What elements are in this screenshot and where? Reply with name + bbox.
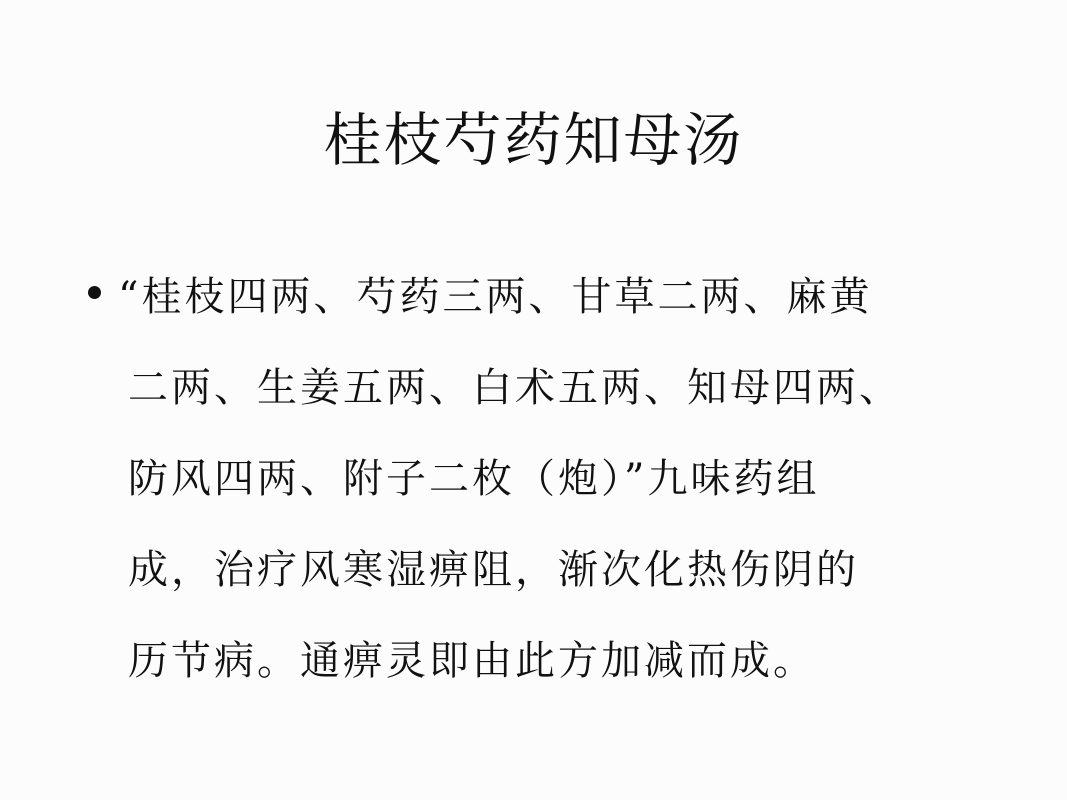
slide-title: 桂枝芍药知母汤 [0,100,1067,180]
bullet-line: “桂枝四两、芍药三两、甘草二两、麻黄 [118,252,1018,343]
bullet-line: 二两、生姜五两、白术五两、知母四两、 [128,343,1018,434]
bullet-dot-icon [88,286,101,299]
bullet-item: “桂枝四两、芍药三两、甘草二两、麻黄 二两、生姜五两、白术五两、知母四两、 防风… [88,252,1018,707]
bullet-text: “桂枝四两、芍药三两、甘草二两、麻黄 二两、生姜五两、白术五两、知母四两、 防风… [128,252,1018,707]
bullet-line: 防风四两、附子二枚（炮）”九味药组 [128,434,1018,525]
bullet-line: 历节病。通痹灵即由此方加减而成。 [128,616,1018,707]
bullet-line: 成，治疗风寒湿痹阻，渐次化热伤阴的 [128,525,1018,616]
